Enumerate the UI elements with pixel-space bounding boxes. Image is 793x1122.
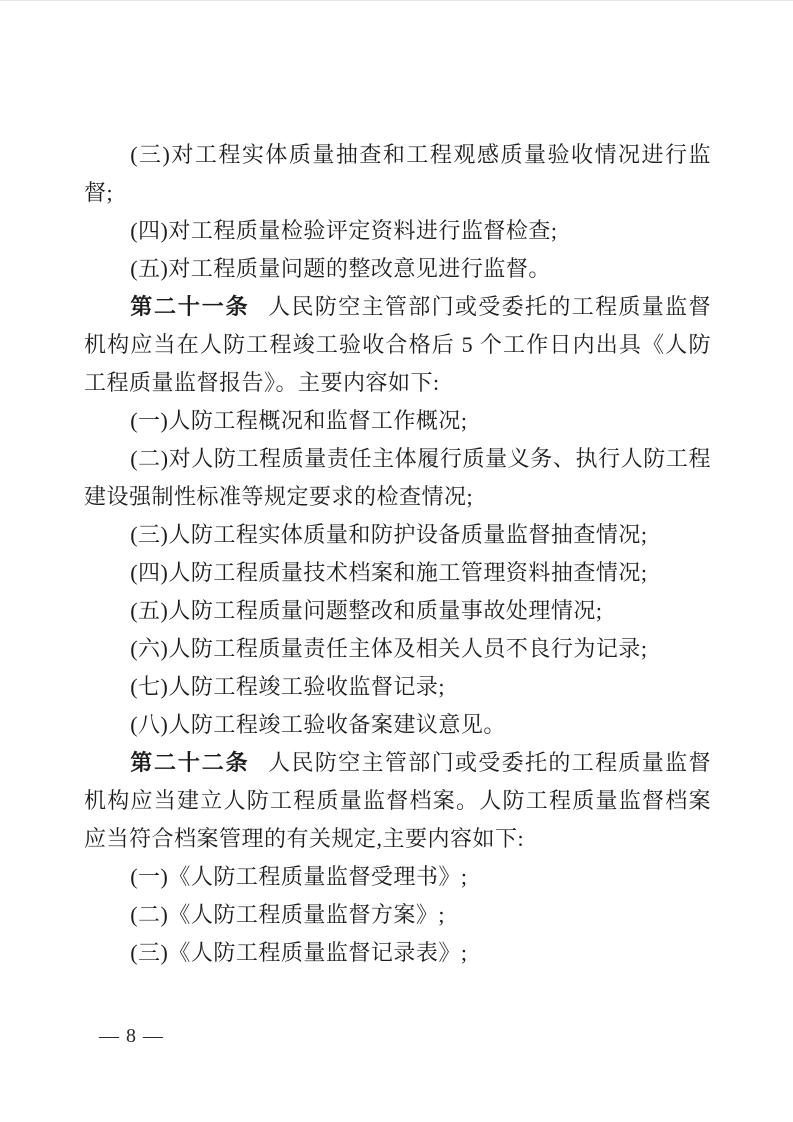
paragraph: (一)人防工程概况和监督工作概况;	[84, 402, 711, 440]
paragraph-text: (二)《人防工程质量监督方案》;	[130, 902, 445, 927]
paragraph: (五)人防工程质量问题整改和质量事故处理情况;	[84, 592, 711, 630]
paragraph-text: (四)对工程质量检验评定资料进行监督检查;	[130, 218, 557, 243]
paragraph: (八)人防工程竣工验收备案建议意见。	[84, 706, 711, 744]
article-paragraph: 第二十一条人民防空主管部门或受委托的工程质量监督机构应当在人防工程竣工验收合格后…	[84, 288, 711, 402]
document-body: (三)对工程实体质量抽查和工程观感质量验收情况进行监督; (四)对工程质量检验评…	[84, 136, 711, 972]
paragraph: (二)对人防工程质量责任主体履行质量义务、执行人防工程建设强制性标准等规定要求的…	[84, 440, 711, 516]
paragraph: (三)人防工程实体质量和防护设备质量监督抽查情况;	[84, 516, 711, 554]
paragraph-text: (三)对工程实体质量抽查和工程观感质量验收情况进行监督;	[84, 142, 711, 205]
paragraph: (四)对工程质量检验评定资料进行监督检查;	[84, 212, 711, 250]
paragraph-text: (三)《人防工程质量监督记录表》;	[130, 940, 467, 965]
paragraph: (七)人防工程竣工验收监督记录;	[84, 668, 711, 706]
paragraph: (一)《人防工程质量监督受理书》;	[84, 858, 711, 896]
paragraph: (五)对工程质量问题的整改意见进行监督。	[84, 250, 711, 288]
paragraph: (二)《人防工程质量监督方案》;	[84, 896, 711, 934]
paragraph-text: (五)人防工程质量问题整改和质量事故处理情况;	[130, 598, 602, 623]
paragraph: (三)对工程实体质量抽查和工程观感质量验收情况进行监督;	[84, 136, 711, 212]
paragraph-text: (八)人防工程竣工验收备案建议意见。	[130, 712, 506, 737]
paragraph-text: (二)对人防工程质量责任主体履行质量义务、执行人防工程建设强制性标准等规定要求的…	[84, 446, 711, 509]
paragraph-text: (三)人防工程实体质量和防护设备质量监督抽查情况;	[130, 522, 647, 547]
article-paragraph: 第二十二条人民防空主管部门或受委托的工程质量监督机构应当建立人防工程质量监督档案…	[84, 744, 711, 858]
paragraph-text: (一)人防工程概况和监督工作概况;	[130, 408, 467, 433]
article-number-label: 第二十一条	[130, 294, 249, 319]
paragraph: (四)人防工程质量技术档案和施工管理资料抽查情况;	[84, 554, 711, 592]
page-number: — 8 —	[99, 1024, 164, 1048]
document-page: (三)对工程实体质量抽查和工程观感质量验收情况进行监督; (四)对工程质量检验评…	[0, 0, 793, 1122]
paragraph-text: (七)人防工程竣工验收监督记录;	[130, 674, 445, 699]
paragraph: (三)《人防工程质量监督记录表》;	[84, 934, 711, 972]
paragraph-text: (六)人防工程质量责任主体及相关人员不良行为记录;	[130, 636, 647, 661]
paragraph-text: (一)《人防工程质量监督受理书》;	[130, 864, 467, 889]
article-number-label: 第二十二条	[130, 750, 249, 775]
paragraph-text: (五)对工程质量问题的整改意见进行监督。	[130, 256, 551, 281]
paragraph: (六)人防工程质量责任主体及相关人员不良行为记录;	[84, 630, 711, 668]
paragraph-text: (四)人防工程质量技术档案和施工管理资料抽查情况;	[130, 560, 647, 585]
